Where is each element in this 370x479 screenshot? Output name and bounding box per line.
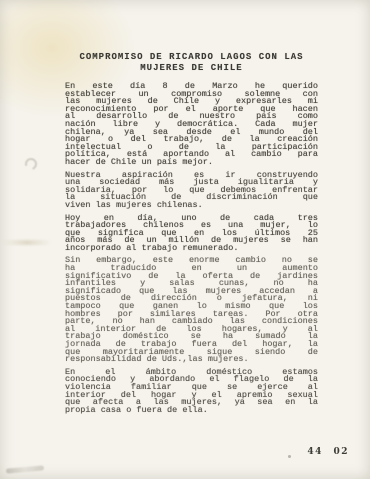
text-line: incorporado al trabajo remunerado. xyxy=(65,245,318,253)
paragraph: Hoy en día, uno de cada trestrabajadores… xyxy=(65,215,318,253)
document-body: En este día 8 de Marzo he queridoestable… xyxy=(65,83,318,414)
paper-ring-mark xyxy=(23,156,39,172)
paragraph: Sin embargo, este enorme cambio no seha … xyxy=(65,257,318,363)
scanned-document-page: COMPROMISO DE RICARDO LAGOS CON LAS MUJE… xyxy=(0,0,370,479)
title-line-1: COMPROMISO DE RICARDO LAGOS CON LAS xyxy=(65,52,318,63)
title-line-2: MUJERES DE CHILE xyxy=(65,63,318,74)
document-title: COMPROMISO DE RICARDO LAGOS CON LAS MUJE… xyxy=(65,52,318,74)
paper-speck xyxy=(288,455,291,458)
text-line: viven las mujeres chilenas. xyxy=(65,202,318,210)
paragraph: En el ámbito doméstico estamosconociendo… xyxy=(65,369,318,415)
text-line: propia casa o fuera de ella. xyxy=(65,407,318,415)
text-line: hacer de Chile un país mejor. xyxy=(65,159,318,167)
paragraph: Nuestra aspiración es ir construyendouna… xyxy=(65,172,318,210)
page-number: 44 02 xyxy=(307,447,349,457)
paper-streak xyxy=(3,240,51,245)
text-line: responsabilidad de Uds.,las mujeres. xyxy=(65,356,318,364)
bottom-smudge xyxy=(6,465,44,473)
paragraph: En este día 8 de Marzo he queridoestable… xyxy=(65,83,318,167)
